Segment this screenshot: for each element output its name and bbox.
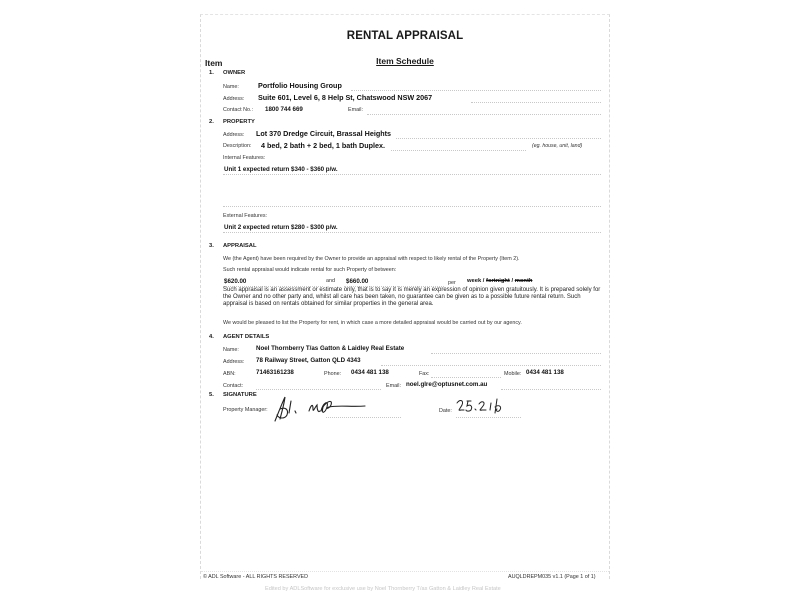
agent-phone-label: Phone: bbox=[324, 371, 341, 377]
period-week: week bbox=[467, 278, 481, 284]
owner-email-line bbox=[367, 114, 601, 115]
footer-edited-by: Edited by ADLSoftware for exclusive use … bbox=[265, 586, 501, 592]
agent-name-line bbox=[431, 353, 601, 354]
owner-address-line bbox=[471, 102, 601, 103]
footer-copyright: © ADL Software - ALL RIGHTS RESERVED bbox=[203, 574, 308, 580]
internal-features-line-2 bbox=[223, 206, 601, 207]
property-description: 4 bed, 2 bath + 2 bed, 1 bath Duplex. bbox=[261, 141, 385, 150]
appraisal-low-value: $620.00 bbox=[224, 278, 246, 285]
appraisal-range-text: Such rental appraisal would indicate ren… bbox=[223, 267, 396, 273]
period-fortnight-struck: fortnight bbox=[486, 278, 510, 284]
footer-form-id: AUQLDREPM035 v1.1 (Page 1 of 1) bbox=[508, 574, 596, 580]
date-label: Date: bbox=[439, 408, 452, 414]
owner-address-label: Address: bbox=[223, 96, 244, 102]
section-appraisal-heading: 3.APPRAISAL bbox=[209, 243, 257, 249]
agent-fax-line bbox=[431, 377, 501, 378]
owner-address: Suite 601, Level 6, 8 Help St, Chatswood… bbox=[258, 93, 432, 102]
agent-contact-line bbox=[256, 389, 381, 390]
appraisal-period: week / fortnight / month bbox=[467, 278, 532, 284]
property-address: Lot 370 Dredge Circuit, Brassal Heights bbox=[256, 129, 391, 138]
appraisal-closing: We would be pleased to list the Property… bbox=[223, 320, 522, 326]
agent-abn: 71463161238 bbox=[256, 369, 294, 376]
appraisal-disclaimer: Such appraisal is an assessment or estim… bbox=[223, 287, 603, 309]
agent-address-line bbox=[381, 365, 601, 366]
property-manager-label: Property Manager: bbox=[223, 407, 268, 413]
agent-email-line bbox=[501, 389, 601, 390]
agent-abn-label: ABN: bbox=[223, 371, 236, 377]
agent-fax-label: Fax: bbox=[419, 371, 429, 377]
agent-phone: 0434 481 138 bbox=[351, 369, 389, 376]
internal-features-label: Internal Features: bbox=[223, 155, 265, 161]
agent-email-label: Email: bbox=[386, 383, 401, 389]
agent-address-label: Address: bbox=[223, 359, 244, 365]
section-agent-heading: 4.AGENT DETAILS bbox=[209, 334, 269, 340]
document-page: RENTAL APPRAISAL Item Schedule Item 1.OW… bbox=[200, 14, 610, 579]
agent-name-label: Name: bbox=[223, 347, 239, 353]
owner-name: Portfolio Housing Group bbox=[258, 81, 342, 90]
section-signature-heading: 5.SIGNATURE bbox=[209, 392, 257, 398]
external-features: Unit 2 expected return $280 - $300 p/w. bbox=[224, 224, 338, 231]
agent-mobile-label: Mobile: bbox=[504, 371, 521, 377]
agent-contact-label: Contact: bbox=[223, 383, 243, 389]
item-heading: Item bbox=[205, 58, 222, 68]
owner-name-label: Name: bbox=[223, 84, 239, 90]
document-subtitle: Item Schedule bbox=[201, 56, 609, 66]
internal-features: Unit 1 expected return $340 - $360 p/w. bbox=[224, 166, 338, 173]
owner-name-line bbox=[351, 90, 601, 91]
agent-name: Noel Thornberry T/as Gatton & Laidley Re… bbox=[256, 345, 404, 352]
owner-contact-label: Contact No.: bbox=[223, 107, 253, 113]
external-features-line bbox=[223, 232, 601, 233]
footer-divider bbox=[201, 571, 609, 572]
property-address-line bbox=[396, 138, 601, 139]
owner-email-label: Email: bbox=[348, 107, 363, 113]
signature-line bbox=[326, 417, 401, 418]
external-features-label: External Features: bbox=[223, 213, 267, 219]
agent-address: 78 Railway Street, Gatton QLD 4343 bbox=[256, 357, 361, 364]
appraisal-intro: We (the Agent) have been required by the… bbox=[223, 256, 520, 262]
property-description-hint: (eg. house, unit, land) bbox=[532, 143, 582, 149]
appraisal-and-label: and bbox=[326, 278, 335, 284]
signature-image bbox=[271, 393, 391, 425]
property-address-label: Address: bbox=[223, 132, 244, 138]
owner-contact: 1800 744 669 bbox=[265, 106, 303, 113]
date-line bbox=[456, 417, 521, 418]
agent-email: noel.glre@optusnet.com.au bbox=[406, 381, 487, 388]
property-description-label: Description: bbox=[223, 143, 251, 149]
appraisal-per-label: per bbox=[448, 280, 456, 286]
section-owner-heading: 1.OWNER bbox=[209, 70, 245, 76]
agent-mobile: 0434 481 138 bbox=[526, 369, 564, 376]
appraisal-high-value: $660.00 bbox=[346, 278, 368, 285]
period-month-struck: month bbox=[515, 278, 533, 284]
section-property-heading: 2.PROPERTY bbox=[209, 119, 255, 125]
handwritten-date bbox=[455, 395, 525, 419]
property-description-line bbox=[391, 150, 526, 151]
internal-features-line-1 bbox=[223, 174, 601, 175]
document-title: RENTAL APPRAISAL bbox=[201, 30, 609, 42]
